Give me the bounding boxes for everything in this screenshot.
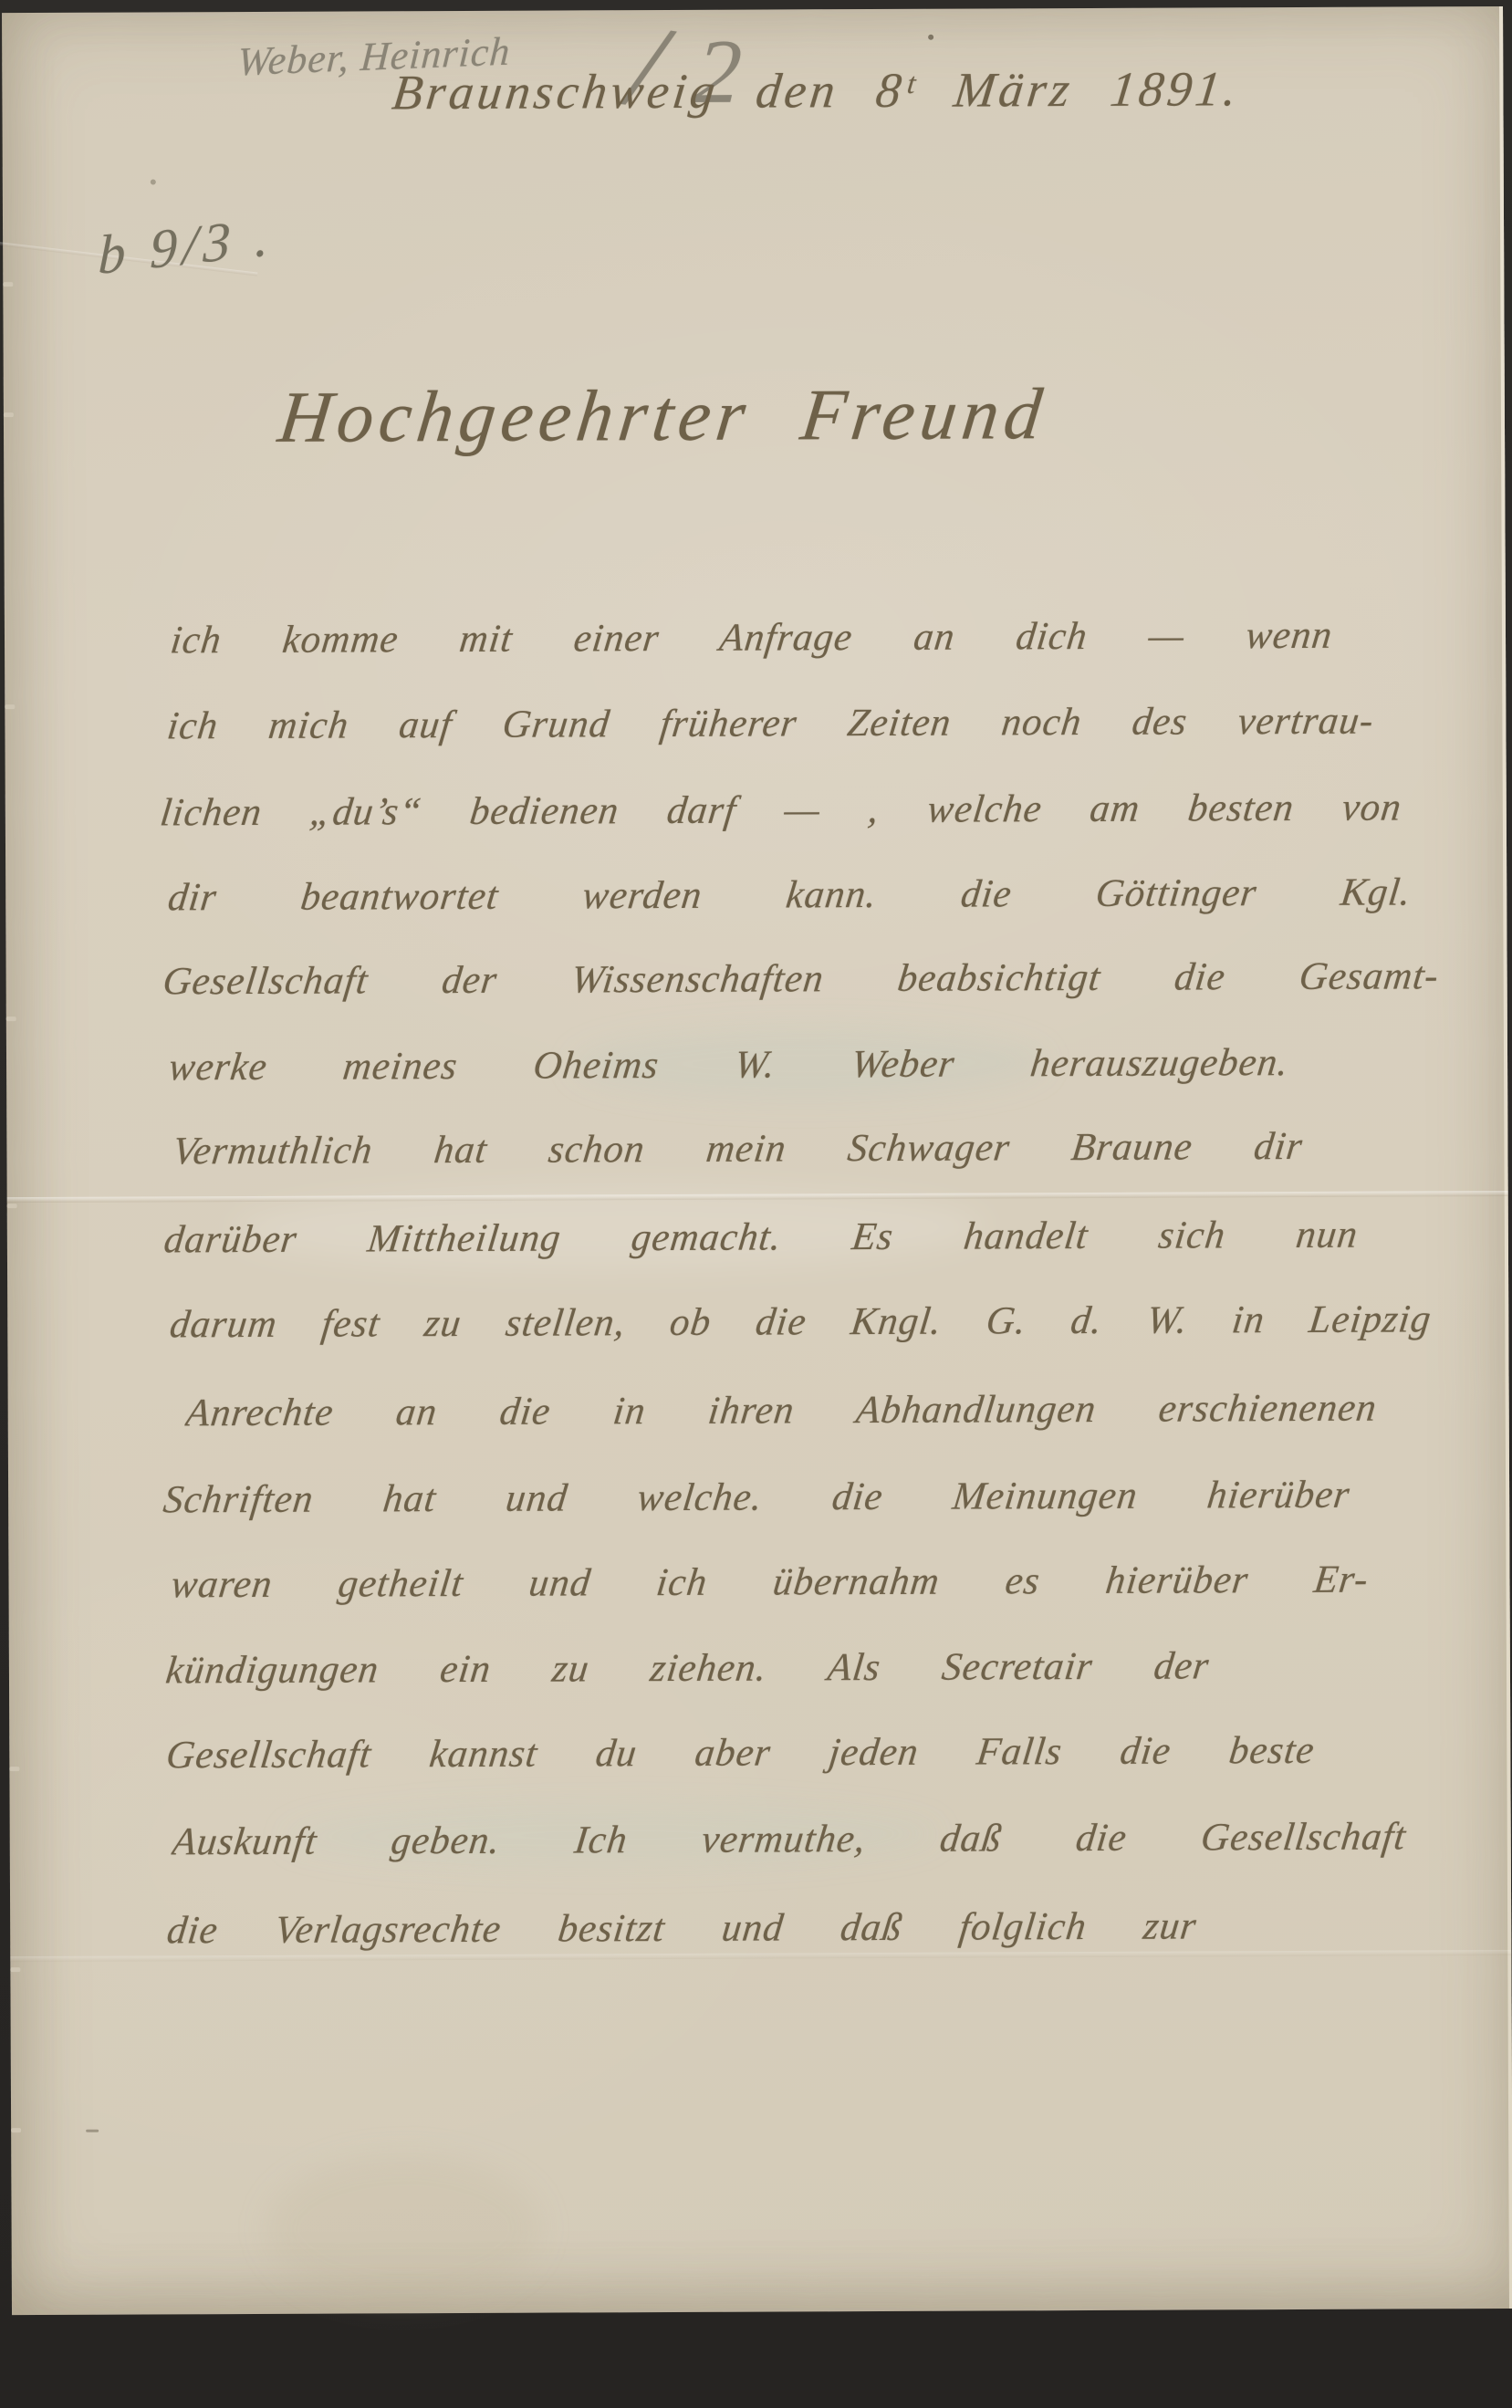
salutation: Hochgeehrter Freund xyxy=(275,373,1052,460)
handwritten-line: lichen „du’s“ bedienen darf — , welche a… xyxy=(158,783,1405,839)
handwritten-line: Anrechte an die in ihren Abhandlungen er… xyxy=(182,1384,1380,1441)
handwritten-line: Auskunft geben. Ich vermuthe, daß die Ge… xyxy=(169,1812,1409,1869)
scan-background: Weber, Heinrich / 2 b 9/3 . Braunschweig… xyxy=(0,0,1512,2408)
ink-speck xyxy=(151,179,156,184)
handwritten-line: waren getheilt und ich übernahm es hierü… xyxy=(168,1556,1371,1612)
paper-right-edge-highlight xyxy=(1499,6,1512,2309)
ink-speck xyxy=(928,35,933,40)
handwritten-line: Schriften hat und welche. die Meinungen … xyxy=(161,1471,1353,1527)
paper-stain xyxy=(266,2155,541,2302)
letter-body: ich komme mit einer Anfrage an dich — we… xyxy=(2,6,1503,13)
handwritten-line: Vermuthlich hat schon mein Schwager Brau… xyxy=(170,1122,1306,1178)
paper-edge-notch xyxy=(4,412,14,417)
letter-page: Weber, Heinrich / 2 b 9/3 . Braunschweig… xyxy=(2,6,1512,2315)
handwritten-line: kündigungen ein zu ziehen. Als Secretair… xyxy=(163,1642,1213,1697)
handwritten-line: darüber Mittheilung gemacht. Es handelt … xyxy=(162,1211,1361,1267)
handwritten-line: ich mich auf Grund früherer Zeiten noch … xyxy=(164,697,1377,754)
handwritten-line: Gesellschaft kannst du aber jeden Falls … xyxy=(163,1726,1318,1783)
handwritten-line: darum fest zu stellen, ob die Kngl. G. d… xyxy=(167,1295,1434,1351)
handwritten-line: die Verlagsrechte besitzt und daß folgli… xyxy=(164,1902,1200,1957)
handwritten-line: werke meines Oheims W. Weber herauszugeb… xyxy=(166,1038,1292,1094)
handwritten-line: ich komme mit einer Anfrage an dich — we… xyxy=(168,611,1336,668)
paper-edge-notch xyxy=(9,1767,19,1771)
paper-edge-notch xyxy=(11,2128,21,2132)
paper-edge-notch xyxy=(6,1016,16,1021)
dateline: Braunschweig den 8ᵗ März 1891. xyxy=(390,60,1244,120)
paper-edge-notch xyxy=(3,282,13,287)
ink-speck xyxy=(86,2130,99,2132)
paper-edge-notch xyxy=(7,1204,17,1208)
paper-edge-notch xyxy=(10,1967,20,1972)
handwritten-line: Gesellschaft der Wissenschaften beabsich… xyxy=(160,952,1442,1008)
handwritten-line: dir beantwortet werden kann. die Götting… xyxy=(165,868,1414,924)
paper-edge-notch xyxy=(5,704,15,709)
